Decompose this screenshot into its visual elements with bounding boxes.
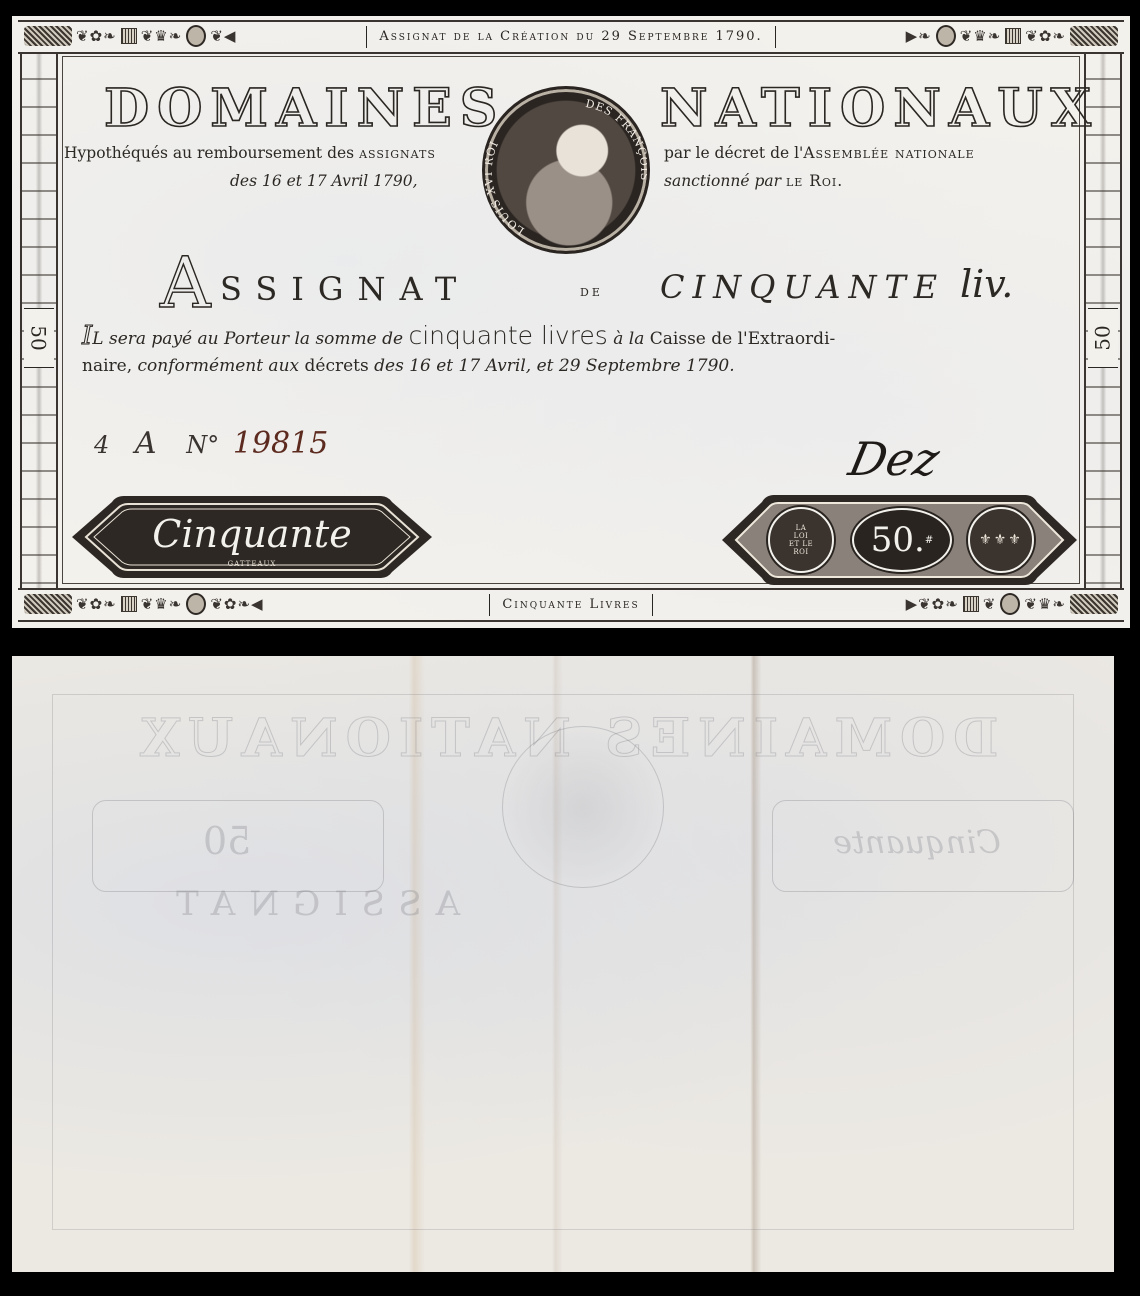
- subtitle-right-line2: sanctionné par le Roi.: [664, 172, 843, 190]
- series-number: 4: [94, 431, 109, 459]
- serial-number: 19815: [233, 426, 328, 461]
- assignat-initial: A: [160, 242, 211, 324]
- signature: Dez: [844, 432, 944, 486]
- ghost-cartouche-50: 50: [92, 800, 384, 892]
- subtitle-left-line2: des 16 et 17 Avril 1790,: [230, 172, 418, 190]
- svg-text:LOUIS XVI ROI: LOUIS XVI ROI: [485, 139, 527, 238]
- fleur-de-lis-icon: ⚜⚜⚜: [968, 507, 1034, 573]
- svg-text:DES FRANÇOIS: DES FRANÇOIS: [584, 97, 647, 182]
- engraver-name: GATTEAUX: [72, 560, 432, 568]
- title-domaines: DOMAINES: [104, 78, 505, 139]
- coin-la-loi-et-le-roi: LA LOI ET LE ROI: [768, 507, 834, 573]
- title-nationaux: NATIONAUX: [660, 78, 1099, 139]
- ghost-cartouche-cinquante: Cinquante: [772, 800, 1074, 892]
- serial-number-block: 4 A N° 19815: [94, 426, 328, 461]
- king-portrait-medallion: LOUIS XVI ROI DES FRANÇOIS: [482, 86, 650, 254]
- assignat-amount: CINQUANTE: [660, 268, 945, 306]
- denomination-oval: 50.#: [852, 508, 952, 572]
- top-border-band: ❦✿❧❦♛❧❦◀ Assignat de la Création du 29 S…: [12, 20, 1130, 54]
- body-text-line1: IL sera payé au Porteur la somme de cinq…: [82, 321, 1060, 351]
- series-letter: A: [135, 426, 157, 461]
- cartouche-cinquante: Cinquante GATTEAUX: [72, 492, 432, 582]
- subtitle-left-line1: Hypothéqués au remboursement des assigna…: [64, 144, 436, 162]
- assignat-word: SSIGNAT: [220, 270, 470, 308]
- body-text-line2: naire, conformément aux décrets des 16 e…: [82, 356, 1060, 376]
- side-denomination-right: 50: [1091, 325, 1115, 350]
- bottom-band-text: Cinquante Livres: [489, 594, 652, 616]
- top-band-text: Assignat de la Création du 29 Septembre …: [366, 26, 775, 48]
- assignat-de: de: [580, 282, 603, 300]
- ghost-medallion: [502, 726, 664, 888]
- cartouche-text: Cinquante: [72, 512, 432, 556]
- number-prefix: N°: [186, 431, 219, 459]
- left-side-border: 50: [20, 52, 58, 588]
- ornament-strip-left: ❦✿❧❦♛❧❦◀: [24, 25, 324, 47]
- side-denomination-left: 50: [27, 325, 51, 350]
- assignat-heading: A SSIGNAT de CINQUANTE liv.: [160, 242, 1060, 312]
- cartouche-50: LA LOI ET LE ROI 50.# ⚜⚜⚜: [722, 492, 1077, 588]
- medallion-legend: LOUIS XVI ROI DES FRANÇOIS: [485, 89, 647, 251]
- ornament-strip-right: ▶❧❦♛❧❦✿❧: [818, 25, 1118, 47]
- banknote-front: ❦✿❧❦♛❧❦◀ Assignat de la Création du 29 S…: [12, 16, 1130, 628]
- bottom-border-band: ❦✿❧❦♛❧❦✿❧◀ Cinquante Livres ▶❦✿❧❦❦♛❧: [12, 588, 1130, 622]
- subtitle-right-line1: par le décret de l'Assemblée nationale: [664, 144, 975, 162]
- assignat-unit: liv.: [960, 262, 1013, 306]
- banknote-back: DOMAINES NATIONAUX ASSIGNAT 50 Cinquante: [12, 656, 1114, 1272]
